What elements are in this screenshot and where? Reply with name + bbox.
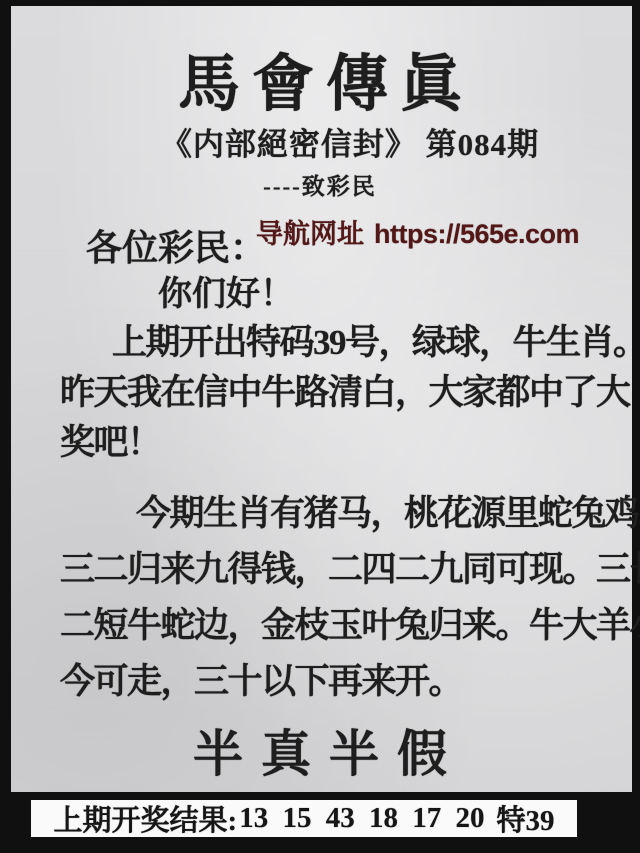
body-line: 二短牛蛇边，金枝玉叶兔归来。牛大羊小 (60, 598, 626, 654)
dedication-line: ----致彩民 (0, 168, 640, 201)
issue-line: 《内部絕密信封》 第084期 (30, 119, 640, 164)
body-line: 今可走，三十以下再来开。 (60, 654, 626, 710)
verdict-stamp: 半真半假 (0, 714, 640, 786)
nav-watermark-label: 导航网址 (256, 219, 364, 249)
issue-envelope-label: 《内部絕密信封》 (161, 127, 417, 162)
salutation: 各位彩民： (86, 220, 266, 271)
scan-border-top (0, 0, 640, 6)
issue-number: 第084期 (426, 127, 540, 162)
results-special: 特39 (496, 798, 554, 839)
fax-sheet: 馬會傳眞 《内部絕密信封》 第084期 ----致彩民 导航网址https://… (0, 0, 640, 853)
paragraph-1: 上期开出特码39号，绿球，牛生肖。 昨天我在信中牛路清白，大家都中了大 奖吧！ (60, 318, 626, 468)
results-label: 上期开奖结果: (54, 798, 238, 839)
greeting: 你们好！ (158, 266, 294, 315)
results-strip: 上期开奖结果:13 15 43 18 17 20特39 (31, 800, 577, 837)
body-line: 奖吧！ (60, 418, 626, 468)
results-numbers: 13 15 43 18 17 20 (239, 802, 484, 835)
body-line: 上期开出特码39号，绿球，牛生肖。 (60, 318, 626, 368)
body-line: 昨天我在信中牛路清白，大家都中了大 (60, 368, 626, 418)
nav-watermark-url: https://565e.com (374, 219, 579, 249)
masthead-title: 馬會傳眞 (0, 34, 640, 123)
results-banner: 上期开奖结果:13 15 43 18 17 20特39 (0, 792, 640, 853)
body-line: 三二归来九得钱，二四二九同可现。三长 (60, 542, 626, 598)
paragraph-2: 今期生肖有猪马，桃花源里蛇兔鸡。 三二归来九得钱，二四二九同可现。三长 二短牛蛇… (60, 486, 626, 710)
nav-watermark: 导航网址https://565e.com (256, 212, 579, 251)
body-line: 今期生肖有猪马，桃花源里蛇兔鸡。 (60, 486, 626, 542)
